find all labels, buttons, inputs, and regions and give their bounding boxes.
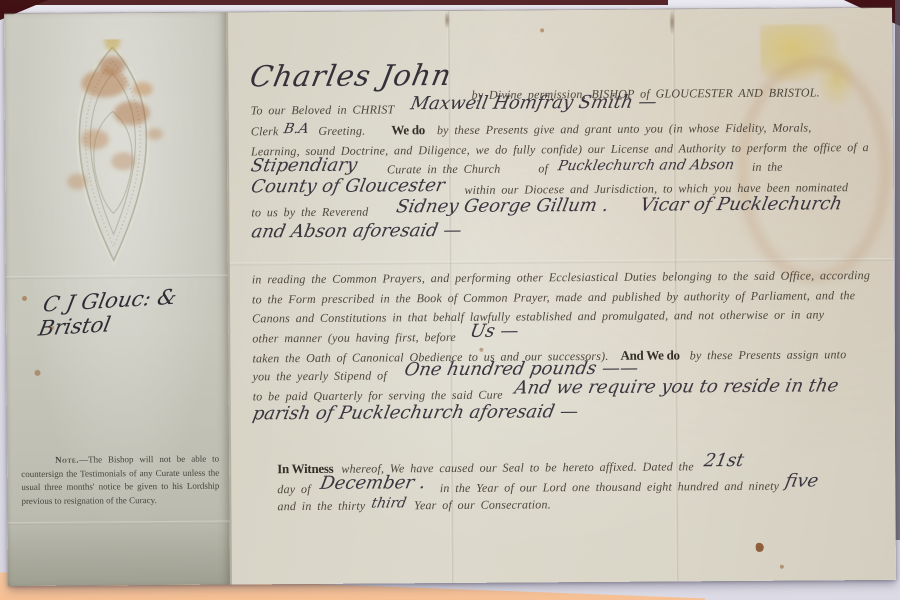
- seal-graphic: [34, 39, 192, 270]
- text-segment: Clerk: [251, 124, 279, 138]
- text-segment: you the yearly Stipend of: [253, 368, 387, 383]
- text-line: parish of Pucklechurch aforesaid —: [253, 401, 893, 427]
- duties-paragraph: in reading the Common Prayers, and perfo…: [252, 266, 893, 427]
- text-segment: Greeting.: [318, 124, 365, 138]
- text-segment: Sidney George Gillum .: [395, 197, 610, 217]
- text-segment: and in the thirty: [277, 499, 365, 514]
- text-segment: of: [538, 161, 548, 175]
- text-segment: parish of Pucklechurch aforesaid —: [251, 403, 580, 423]
- photo-of-bishops-licence: C J Glouc: & Bristol Note.—The Bishop wi…: [0, 0, 900, 600]
- rust-speck: [540, 28, 544, 32]
- text-segment: To our Beloved in CHRIST: [251, 102, 395, 117]
- licence-document: C J Glouc: & Bristol Note.—The Bishop wi…: [4, 7, 896, 586]
- text-segment: And we require you to reside in the: [513, 377, 840, 397]
- text-segment: Canons and Constitutions in that behalf …: [252, 307, 824, 325]
- text-segment: Year of our Consecration.: [414, 497, 551, 512]
- text-segment: five: [783, 472, 819, 490]
- left-flap: C J Glouc: & Bristol Note.—The Bishop wi…: [4, 13, 230, 587]
- ink-spot: [756, 543, 764, 552]
- text-segment: other manner (you having first, before: [252, 330, 456, 345]
- rust-speck: [35, 370, 41, 376]
- text-line: and in the thirtythirdYear of our Consec…: [277, 493, 889, 515]
- note-body: —The Bishop will not be able to counters…: [21, 454, 219, 506]
- fold-nick: [444, 11, 450, 29]
- text-segment: December .: [319, 474, 427, 493]
- backdrop-edge-right: [895, 0, 900, 540]
- text-segment: 21st: [702, 452, 745, 470]
- text-segment: in the: [752, 160, 783, 174]
- rust-speck: [780, 565, 784, 569]
- text-line: and Abson aforesaid —: [251, 219, 891, 245]
- note-label: Note.: [55, 455, 79, 465]
- text-segment: third: [370, 496, 407, 510]
- bishop-signature: C J Glouc: & Bristol: [37, 282, 228, 341]
- text-segment: to the Form prescribed in the Book of Co…: [252, 288, 855, 306]
- text-segment: by these Presents give and grant unto yo…: [437, 120, 812, 137]
- backdrop-strip: [0, 0, 668, 5]
- text-segment: Us —: [468, 323, 520, 341]
- printed-note: Note.—The Bishop will not be able to cou…: [21, 453, 219, 508]
- text-segment: in the Year of our Lord one thousand eig…: [440, 479, 779, 495]
- text-segment: B.A: [282, 122, 309, 136]
- text-segment: by these Presents assign unto: [690, 347, 847, 362]
- licence-text-panel: Charles Johnby Divine permission, BISHOP…: [226, 8, 896, 585]
- text-segment: Stipendiary: [249, 157, 358, 176]
- flap-shading: [8, 523, 230, 587]
- witness-paragraph: In Witnesswhereof, We have caused our Se…: [277, 455, 889, 515]
- text-segment: Charles John: [248, 61, 454, 91]
- text-segment: in reading the Common Prayers, and perfo…: [252, 268, 870, 286]
- fold-crease: [230, 258, 896, 266]
- fold-nick: [669, 9, 675, 35]
- text-segment: Vicar of Pucklechurch: [639, 195, 844, 214]
- rust-speck: [22, 296, 27, 301]
- embossed-seal: [34, 39, 192, 270]
- text-segment: and Abson aforesaid —: [250, 222, 463, 241]
- text-segment: day of: [277, 482, 310, 496]
- text-segment: We do: [391, 122, 425, 137]
- text-segment: Maxwell Homfray Smith —: [409, 94, 658, 114]
- opening-paragraph: Charles Johnby Divine permission, BISHOP…: [250, 58, 891, 245]
- text-segment: County of Gloucester: [250, 177, 447, 196]
- fold-crease: [6, 275, 228, 280]
- text-segment: to us by the Reverend: [251, 205, 368, 220]
- text-segment: Pucklechurch and Abson: [557, 158, 735, 173]
